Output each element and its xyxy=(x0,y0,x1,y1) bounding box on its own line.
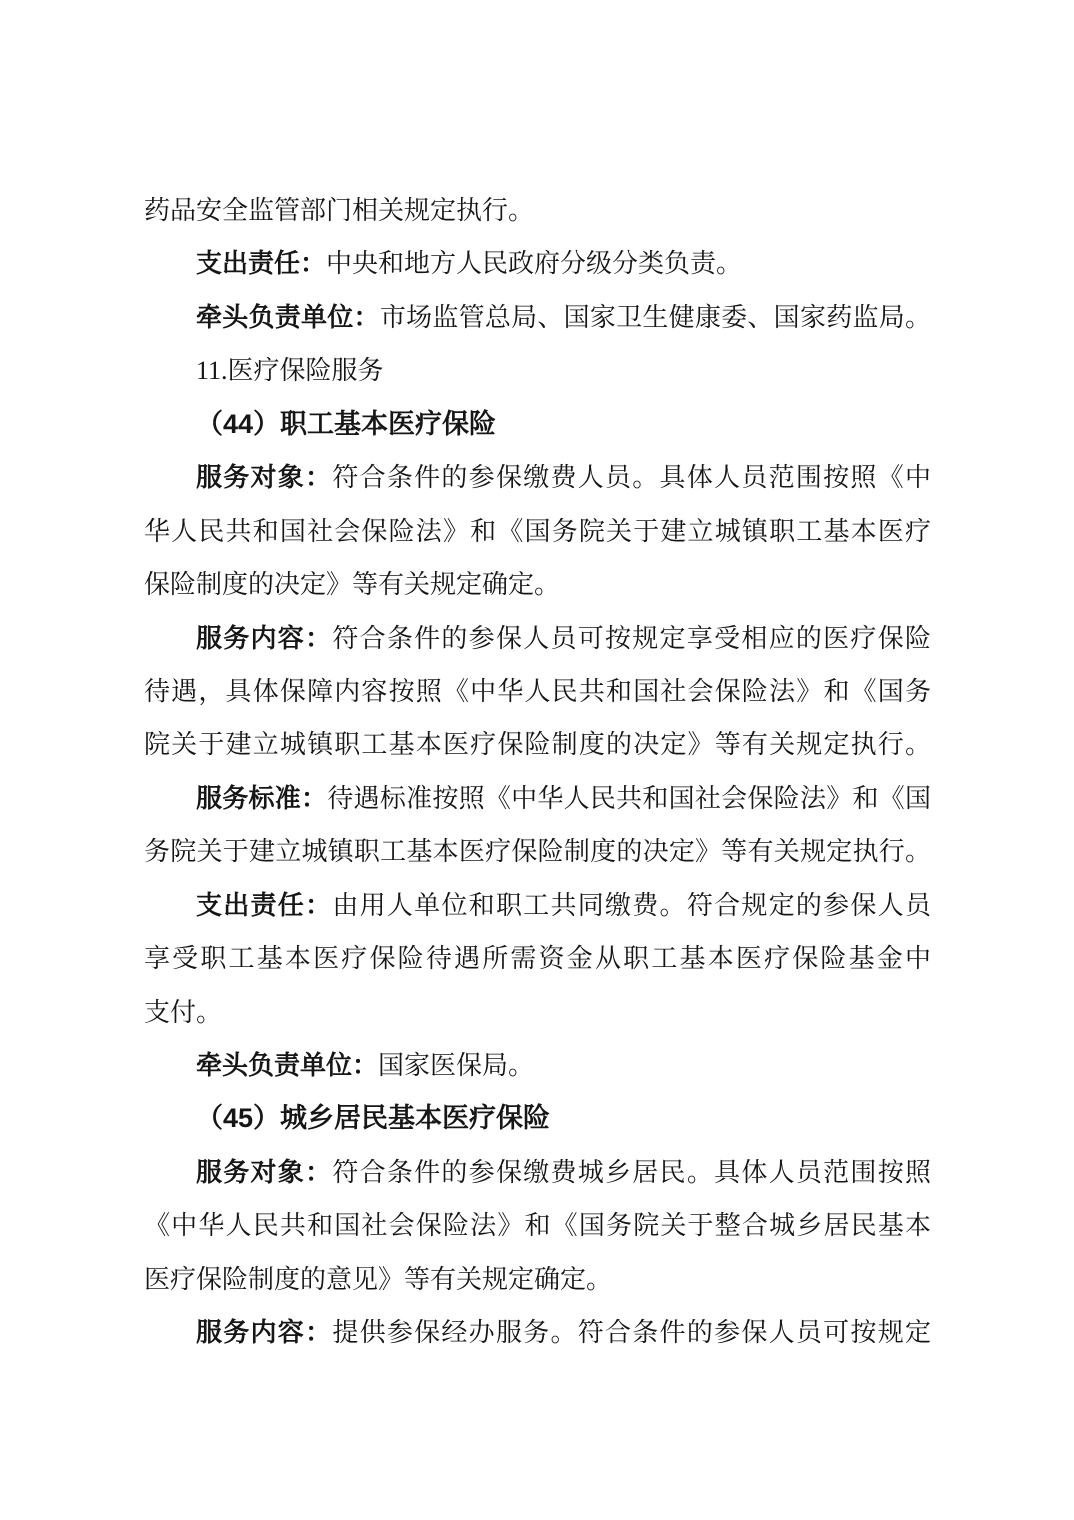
text-line: 11.医疗保险服务 xyxy=(144,344,931,397)
document-page: 药品安全监管部门相关规定执行。支出责任：中央和地方人民政府分级分类负责。牵头负责… xyxy=(0,0,1074,1520)
text-line: 保险制度的决定》等有关规定确定。 xyxy=(144,558,931,611)
text-line: 服务对象：符合条件的参保缴费人员。具体人员范围按照《中 xyxy=(144,451,931,504)
text-line: （45）城乡居民基本医疗保险 xyxy=(144,1092,931,1145)
line-text: 市场监管总局、国家卫生健康委、国家药监局。 xyxy=(380,303,931,332)
paragraph-label: 服务标准： xyxy=(196,784,327,813)
line-text: 符合条件的参保人员可按规定享受相应的医疗保险 xyxy=(332,624,931,653)
paragraph: 服务内容：符合条件的参保人员可按规定享受相应的医疗保险待遇，具体保障内容按照《中… xyxy=(144,612,931,772)
text-line: 支出责任：中央和地方人民政府分级分类负责。 xyxy=(144,237,931,290)
text-line: 支出责任：由用人单位和职工共同缴费。符合规定的参保人员 xyxy=(144,879,931,932)
paragraph: 服务对象：符合条件的参保缴费人员。具体人员范围按照《中华人民共和国社会保险法》和… xyxy=(144,451,931,611)
text-line: （44）职工基本医疗保险 xyxy=(144,398,931,451)
text-line: 待遇，具体保障内容按照《中华人民共和国社会保险法》和《国务 xyxy=(144,665,931,718)
paragraph-label: 服务对象： xyxy=(196,463,332,492)
text-line: 《中华人民共和国社会保险法》和《国务院关于整合城乡居民基本 xyxy=(144,1199,931,1252)
paragraph-label: 牵头负责单位： xyxy=(196,303,380,332)
line-text: （44）职工基本医疗保险 xyxy=(196,409,496,439)
text-line: 服务对象：符合条件的参保缴费城乡居民。具体人员范围按照 xyxy=(144,1146,931,1199)
section-heading: （44）职工基本医疗保险 xyxy=(144,398,931,451)
text-line: 牵头负责单位：国家医保局。 xyxy=(144,1039,931,1092)
line-text: 国家医保局。 xyxy=(378,1051,534,1080)
paragraph-label: 支出责任： xyxy=(196,249,326,278)
line-text: 待遇标准按照《中华人民共和国社会保险法》和《国 xyxy=(327,784,931,813)
line-text: 《中华人民共和国社会保险法》和《国务院关于整合城乡居民基本 xyxy=(144,1211,931,1240)
paragraph: 药品安全监管部门相关规定执行。 xyxy=(144,184,931,237)
paragraph: 牵头负责单位：市场监管总局、国家卫生健康委、国家药监局。 xyxy=(144,291,931,344)
line-text: 11.医疗保险服务 xyxy=(196,356,384,385)
section-heading: （45）城乡居民基本医疗保险 xyxy=(144,1092,931,1145)
text-line: 牵头负责单位：市场监管总局、国家卫生健康委、国家药监局。 xyxy=(144,291,931,344)
line-text: 务院关于建立城镇职工基本医疗保险制度的决定》等有关规定执行。 xyxy=(144,837,931,866)
line-text: 由用人单位和职工共同缴费。符合规定的参保人员 xyxy=(332,891,931,920)
paragraph-label: 牵头负责单位： xyxy=(196,1051,378,1080)
line-text: 中央和地方人民政府分级分类负责。 xyxy=(326,249,742,278)
line-text: 医疗保险制度的意见》等有关规定确定。 xyxy=(144,1265,612,1294)
text-line: 药品安全监管部门相关规定执行。 xyxy=(144,184,931,237)
text-line: 医疗保险制度的意见》等有关规定确定。 xyxy=(144,1253,931,1306)
line-text: 符合条件的参保缴费城乡居民。具体人员范围按照 xyxy=(332,1158,931,1187)
text-line: 服务内容：提供参保经办服务。符合条件的参保人员可按规定 xyxy=(144,1306,931,1359)
line-text: 院关于建立城镇职工基本医疗保险制度的决定》等有关规定执行。 xyxy=(144,730,931,759)
paragraph-label: 支出责任： xyxy=(196,891,332,920)
line-text: 待遇，具体保障内容按照《中华人民共和国社会保险法》和《国务 xyxy=(144,677,931,706)
text-line: 华人民共和国社会保险法》和《国务院关于建立城镇职工基本医疗 xyxy=(144,505,931,558)
text-line: 支付。 xyxy=(144,986,931,1039)
line-text: 药品安全监管部门相关规定执行。 xyxy=(144,196,534,225)
paragraph-label: 服务内容： xyxy=(196,624,332,653)
line-text: 提供参保经办服务。符合条件的参保人员可按规定 xyxy=(332,1318,931,1347)
text-line: 服务内容：符合条件的参保人员可按规定享受相应的医疗保险 xyxy=(144,612,931,665)
text-line: 享受职工基本医疗保险待遇所需资金从职工基本医疗保险基金中 xyxy=(144,932,931,985)
numbered-item: 11.医疗保险服务 xyxy=(144,344,931,397)
paragraph: 服务标准：待遇标准按照《中华人民共和国社会保险法》和《国务院关于建立城镇职工基本… xyxy=(144,772,931,879)
line-text: 支付。 xyxy=(144,998,222,1027)
paragraph-label: 服务内容： xyxy=(196,1318,332,1347)
paragraph: 支出责任：中央和地方人民政府分级分类负责。 xyxy=(144,237,931,290)
text-line: 院关于建立城镇职工基本医疗保险制度的决定》等有关规定执行。 xyxy=(144,718,931,771)
line-text: 保险制度的决定》等有关规定确定。 xyxy=(144,570,560,599)
paragraph: 牵头负责单位：国家医保局。 xyxy=(144,1039,931,1092)
paragraph: 支出责任：由用人单位和职工共同缴费。符合规定的参保人员享受职工基本医疗保险待遇所… xyxy=(144,879,931,1039)
line-text: （45）城乡居民基本医疗保险 xyxy=(196,1103,550,1133)
paragraph: 服务内容：提供参保经办服务。符合条件的参保人员可按规定 xyxy=(144,1306,931,1359)
line-text: 华人民共和国社会保险法》和《国务院关于建立城镇职工基本医疗 xyxy=(144,517,931,546)
text-line: 服务标准：待遇标准按照《中华人民共和国社会保险法》和《国 xyxy=(144,772,931,825)
text-line: 务院关于建立城镇职工基本医疗保险制度的决定》等有关规定执行。 xyxy=(144,825,931,878)
line-text: 享受职工基本医疗保险待遇所需资金从职工基本医疗保险基金中 xyxy=(144,944,931,973)
document-body: 药品安全监管部门相关规定执行。支出责任：中央和地方人民政府分级分类负责。牵头负责… xyxy=(144,184,931,1360)
paragraph-label: 服务对象： xyxy=(196,1158,332,1187)
paragraph: 服务对象：符合条件的参保缴费城乡居民。具体人员范围按照《中华人民共和国社会保险法… xyxy=(144,1146,931,1306)
line-text: 符合条件的参保缴费人员。具体人员范围按照《中 xyxy=(332,463,931,492)
